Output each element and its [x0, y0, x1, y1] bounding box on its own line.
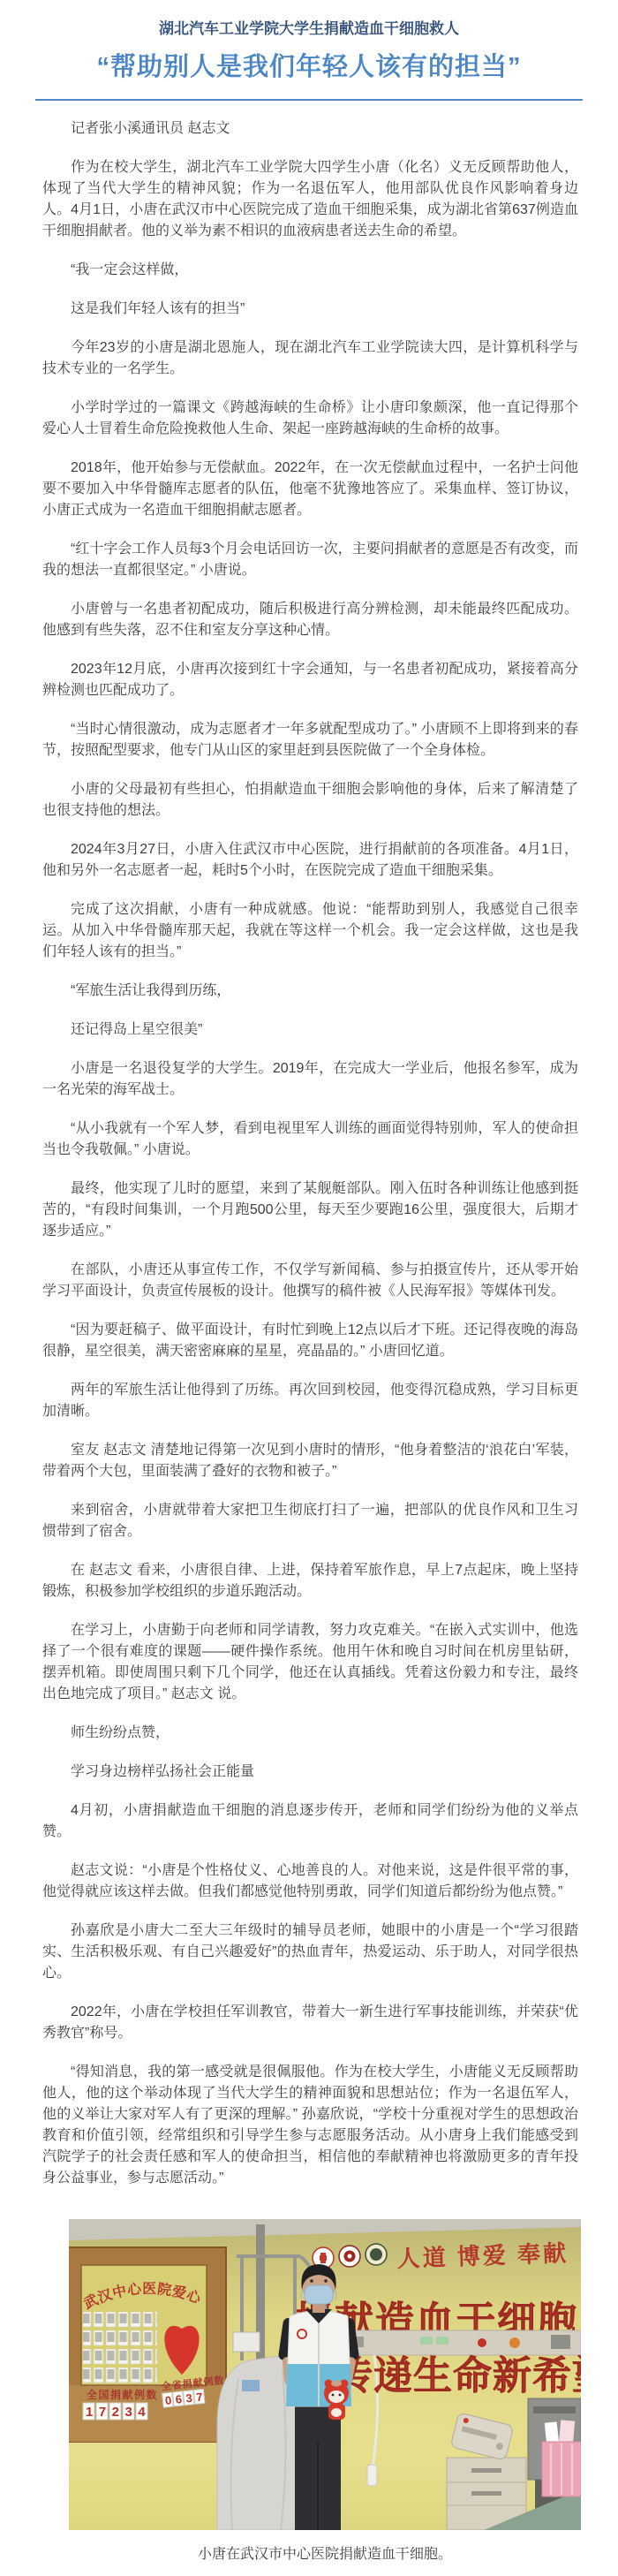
article-paragraph: 今年23岁的小唐是湖北恩施人，现在湖北汽车工业学院读大四，是计算机科学与技术专业…	[42, 337, 578, 380]
header-divider	[35, 99, 583, 101]
byline: 记者张小溪通讯员 赵志文	[42, 118, 578, 140]
article-paragraph: 在部队，小唐还从事宣传工作，不仅学写新闻稿、参与拍摄宣传片，还从零开始学习平面设…	[42, 1260, 578, 1302]
article-paragraph: 孙嘉欣是小唐大二至大三年级时的辅导员老师，她眼中的小唐是一个“学习很踏实、生活积…	[42, 1921, 578, 1984]
article-paragraph: “军旅生活让我得到历练，	[42, 981, 578, 1002]
article-paragraph: 最终，他实现了儿时的愿望，来到了某舰艇部队。刚入伍时各种训练让他感到挺苦的，“有…	[42, 1178, 578, 1242]
face-mask	[305, 2285, 333, 2304]
page-supertitle: 湖北汽车工业学院大学生捐献造血干细胞救人	[26, 16, 592, 38]
article-paragraph: 学习身边榜样弘扬社会正能量	[42, 1762, 578, 1783]
article-paragraph: 在 赵志文 看来，小唐很自律、上进，保持着军旅作息，早上7点起床，晚上坚持锻炼，…	[42, 1560, 578, 1602]
machine-label	[242, 2380, 260, 2391]
article-paragraph: “从小我就有一个军人梦，看到电视里军人训练的画面觉得特别帅，军人的使命担当也令我…	[42, 1118, 578, 1161]
article-paragraph: 在学习上，小唐勤于向老师和同学请教，努力攻克难关。“在嵌入式实训中，他选择了一个…	[42, 1620, 578, 1705]
article-paragraph: 完成了这次捐献，小唐有一种成就感。他说：“能帮助到别人，我感觉自己很幸运。从加入…	[42, 899, 578, 963]
article-paragraph: 两年的军旅生活让他得到了历练。再次回到校园，他变得沉稳成熟，学习目标更加清晰。	[42, 1380, 578, 1422]
article-paragraph: 2018年，他开始参与无偿献血。2022年，在一次无偿献血过程中，一名护士问他要…	[42, 458, 578, 521]
article-paragraph: 师生纷纷点赞，	[42, 1723, 578, 1744]
article-paragraph: 小唐曾与一名患者初配成功，随后积极进行高分辨检测，却未能最终匹配成功。他感到有些…	[42, 599, 578, 641]
article-paragraph: “得知消息，我的第一感受就是很佩服他。作为在校大学生，小唐能义无反顾帮助他人，他…	[42, 2062, 578, 2189]
article-paragraph: 2023年12月底，小唐再次接到红十字会通知，与一名患者初配成功，紧接着高分辨检…	[42, 659, 578, 701]
article-paragraph: 这是我们年轻人该有的担当”	[42, 299, 578, 320]
article-paragraph: 2022年，小唐在学校担任军训教官，带着大一新生进行军事技能训练，并荣获“优秀教…	[42, 2002, 578, 2044]
photo-illustration: 人道 博爱 奉献 捐献造血干细胞 武汉中心医院爱心墙 全国捐献例数	[69, 2219, 581, 2530]
article-paragraph: “我一定会这样做，	[42, 260, 578, 281]
national-count-cards: 17234	[83, 2403, 151, 2420]
article-paragraph: 赵志文说：“小唐是个性格仗义、心地善良的人。对他来说，这是件很平常的事，他觉得就…	[42, 1860, 578, 1903]
article-paragraph: 作为在校大学生，湖北汽车工业学院大四学生小唐（化名）义无反顾帮助他人，体现了当代…	[42, 157, 578, 242]
pole-device	[233, 2332, 260, 2352]
article-paragraph: 2024年3月27日，小唐入住武汉市中心医院，进行捐献前的各项准备。4月1日，他…	[42, 839, 578, 882]
article-paragraph: “因为要赶稿子、做平面设计，有时忙到晚上12点以后才下班。还记得夜晚的海岛很静，…	[42, 1320, 578, 1362]
article-body: 记者张小溪通讯员 赵志文 作为在校大学生，湖北汽车工业学院大四学生小唐（化名）义…	[0, 118, 618, 2576]
donation-photo: 人道 博爱 奉献 捐献造血干细胞 武汉中心医院爱心墙 全国捐献例数	[69, 2219, 581, 2565]
article-paragraph: 小学时学过的一篇课文《跨越海峡的生命桥》让小唐印象颇深，他一直记得那个爱心人士冒…	[42, 398, 578, 440]
national-label-text: 全国捐献例数	[87, 2388, 158, 2401]
article-paragraph: “红十字会工作人员每3个月会电话回访一次，主要问捐献者的意愿是否有改变，而我的想…	[42, 539, 578, 581]
article-paragraph: 室友 赵志文 清楚地记得第一次见到小唐时的情形，“他身着整洁的‘浪花白’军装，带…	[42, 1440, 578, 1482]
photo-banner-line2: 传递生命新希望	[334, 2354, 581, 2398]
photo-caption: 小唐在武汉市中心医院捐献造血干细胞。	[69, 2544, 581, 2565]
article-paragraph: 小唐的父母最初有些担心，怕捐献造血干细胞会影响他的身体，后来了解清楚了也很支持他…	[42, 779, 578, 822]
page-title: “帮助别人是我们年轻人该有的担当”	[26, 47, 592, 83]
call-remote	[367, 2465, 377, 2486]
article-header: 湖北汽车工业学院大学生捐献造血干细胞救人 “帮助别人是我们年轻人该有的担当”	[0, 0, 618, 101]
article-paragraph: 4月初，小唐捐献造血干细胞的消息逐步传开，老师和同学们纷纷为他的义举点赞。	[42, 1800, 578, 1843]
love-wall-board: 武汉中心医院爱心墙 全国捐献例数 17234	[69, 2219, 227, 2442]
article-paragraph: “当时心情很激动，成为志愿者才一年多就配型成功了。” 小唐顾不上即将到来的春节，…	[42, 719, 578, 761]
article-paragraph: 来到宿舍，小唐就带着大家把卫生彻底打扫了一遍，把部队的优良作风和卫生习惯带到了宿…	[42, 1500, 578, 1542]
article-page: 湖北汽车工业学院大学生捐献造血干细胞救人 “帮助别人是我们年轻人该有的担当” 记…	[0, 0, 618, 2576]
article-paragraph: 小唐是一名退役复学的大学生。2019年，在完成大一学业后，他报名参军，成为一名光…	[42, 1058, 578, 1101]
board-photo-grid	[83, 2311, 157, 2383]
national-count-text: 17234	[86, 2405, 151, 2420]
article-paragraph: 还记得岛上星空很美”	[42, 1019, 578, 1041]
